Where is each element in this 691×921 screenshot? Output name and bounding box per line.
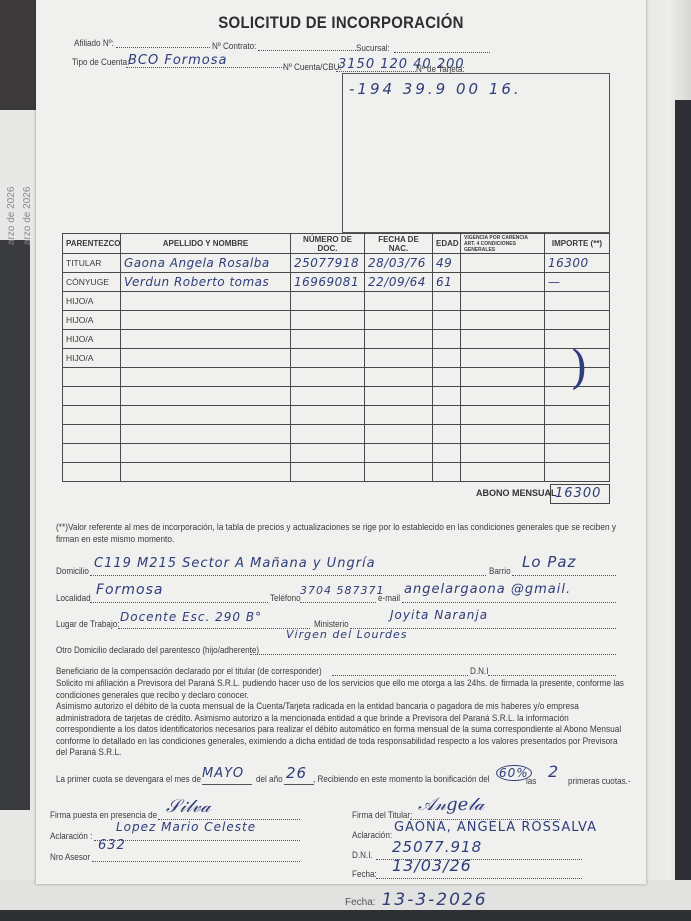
fecha-value: 13/03/26 — [392, 856, 472, 875]
beneficiario-label: Beneficiario de la compensación declarad… — [56, 666, 322, 676]
cell-importe[interactable]: 16300 — [545, 254, 610, 273]
cell-vigencia[interactable] — [461, 330, 545, 349]
importe-value: — — [548, 275, 561, 289]
sucursal-field[interactable] — [394, 52, 490, 53]
table-row: HIJO/A — [63, 311, 610, 330]
barrio-field[interactable] — [512, 575, 616, 576]
beneficiario-field[interactable] — [332, 675, 468, 676]
cell-edad[interactable]: 61 — [433, 273, 461, 292]
cell-nombre[interactable] — [121, 406, 291, 425]
table-row — [63, 463, 610, 482]
cell-fecha-nac[interactable]: 22/09/64 — [365, 273, 433, 292]
cell-nombre[interactable] — [121, 349, 291, 368]
col-nombre: APELLIDO Y NOMBRE — [121, 234, 291, 254]
fecha-nac-value: 28/03/76 — [368, 256, 426, 270]
dni-label: D.N.I. — [352, 850, 373, 860]
cell-vigencia[interactable] — [461, 444, 545, 463]
anio-label: del año — [256, 774, 283, 784]
asesor-label: Nro Asesor — [50, 852, 90, 862]
fecha-value: 13-3-2026 — [382, 890, 488, 910]
cell-fecha-nac[interactable] — [365, 330, 433, 349]
domicilio-value: C119 M215 Sector A Mañana y Ungría — [94, 556, 376, 571]
afiliacion-paragraph: Solicito mi afiliación a Previsora del P… — [56, 678, 626, 701]
cell-doc[interactable] — [291, 463, 365, 482]
footnote: (**)Valor referente al mes de incorporac… — [56, 522, 626, 545]
cell-parentezco: HIJO/A — [63, 349, 121, 368]
cell-fecha-nac[interactable] — [365, 463, 433, 482]
otro-domicilio-label: Otro Domicilio declarado del parentesco … — [56, 645, 259, 655]
titular-label: Firma del Titular: — [352, 810, 412, 820]
doc-value: 16969081 — [294, 275, 359, 289]
beneficiario-dni-field[interactable] — [488, 675, 616, 676]
cell-importe[interactable] — [545, 292, 610, 311]
cell-edad[interactable] — [433, 368, 461, 387]
cell-nombre[interactable] — [121, 311, 291, 330]
cell-parentezco — [63, 368, 121, 387]
cell-importe[interactable] — [545, 425, 610, 444]
table-row — [63, 368, 610, 387]
cell-fecha-nac[interactable] — [365, 349, 433, 368]
col-parentezco: PARENTEZCO — [63, 234, 121, 254]
cell-vigencia[interactable] — [461, 425, 545, 444]
cell-vigencia[interactable] — [461, 406, 545, 425]
afiliado-label: Afiliado Nº: — [74, 38, 114, 48]
cuotas-value: 2 — [548, 762, 559, 781]
aclaracion-left-label: Aclaración : — [50, 831, 92, 841]
primeras-cuotas-label: primeras cuotas.- — [568, 776, 631, 786]
cell-edad[interactable] — [433, 406, 461, 425]
col-importe: IMPORTE (**) — [545, 234, 610, 254]
cell-nombre[interactable] — [121, 330, 291, 349]
col-doc: NÚMERO DE DOC. — [291, 234, 365, 254]
cuenta-cbu-label: Nº Cuenta/CBU: — [283, 62, 342, 72]
barrio-value: Lo Paz — [522, 553, 576, 571]
cell-importe[interactable] — [545, 406, 610, 425]
beneficiario-dni-label: D.N.I — [470, 666, 488, 676]
contrato-label: Nº Contrato: — [212, 41, 256, 51]
nombre-value: Gaona Angela Rosalba — [124, 256, 270, 270]
cell-nombre[interactable] — [121, 444, 291, 463]
otro-domicilio-field[interactable] — [250, 654, 616, 655]
cell-nombre[interactable] — [121, 368, 291, 387]
domicilio-label: Domicilio — [56, 566, 89, 576]
cell-doc[interactable] — [291, 311, 365, 330]
stamp-line: arzo de 2026 — [20, 175, 36, 245]
trabajo-field[interactable] — [118, 628, 310, 629]
cell-fecha-nac[interactable]: 28/03/76 — [365, 254, 433, 273]
presencia-label: Firma puesta en presencia de — [50, 810, 157, 820]
primer-cuota-label: La primer cuota se devengara el mes de — [56, 774, 201, 784]
cell-importe[interactable] — [545, 444, 610, 463]
telefono-value: 3704 587371 — [300, 584, 384, 597]
cell-fecha-nac[interactable] — [365, 425, 433, 444]
trabajo-value: Docente Esc. 290 B° — [120, 610, 262, 624]
abono-field[interactable]: 16300 — [550, 484, 610, 504]
localidad-label: Localidad — [56, 593, 91, 603]
dni-value: 25077.918 — [392, 838, 482, 856]
table-row: CÓNYUGEVerdun Roberto tomas1696908122/09… — [63, 273, 610, 292]
col-fecha-nac: FECHA DE NAC. — [365, 234, 433, 254]
cell-fecha-nac[interactable] — [365, 368, 433, 387]
cell-doc[interactable] — [291, 330, 365, 349]
cell-parentezco: CÓNYUGE — [63, 273, 121, 292]
cell-doc[interactable]: 16969081 — [291, 273, 365, 292]
cell-vigencia[interactable] — [461, 292, 545, 311]
background-desk — [0, 0, 38, 110]
edad-value: 49 — [436, 256, 452, 270]
abono-value: 16300 — [555, 486, 601, 501]
sucursal-label: Sucursal: — [356, 43, 390, 53]
cell-nombre[interactable] — [121, 463, 291, 482]
cell-importe[interactable] — [545, 311, 610, 330]
ministerio-value-2: Virgen del Lourdes — [286, 628, 407, 641]
localidad-value: Formosa — [96, 582, 163, 598]
cell-edad[interactable] — [433, 330, 461, 349]
handwritten-bracket: ) — [570, 340, 588, 394]
cell-fecha-nac[interactable] — [365, 444, 433, 463]
cell-nombre[interactable] — [121, 292, 291, 311]
page-title: SOLICITUD DE INCORPORACIÓN — [73, 13, 610, 33]
cell-edad[interactable] — [433, 463, 461, 482]
doc-value: 25077918 — [294, 256, 359, 270]
fecha-field[interactable] — [376, 878, 582, 879]
ministerio-value: Joyita Naranja — [390, 608, 488, 622]
aclaracion-right-value: GAONA, ANGELA ROSSALVA — [394, 820, 597, 835]
cell-parentezco — [63, 406, 121, 425]
cell-importe[interactable] — [545, 463, 610, 482]
cell-vigencia[interactable] — [461, 349, 545, 368]
tipo-cuenta-label: Tipo de Cuenta: — [72, 57, 129, 67]
table-row: TITULARGaona Angela Rosalba2507791828/03… — [63, 254, 610, 273]
table-row — [63, 406, 610, 425]
cell-parentezco: HIJO/A — [63, 292, 121, 311]
anio-field[interactable] — [284, 784, 314, 785]
cell-fecha-nac[interactable] — [365, 311, 433, 330]
cell-nombre[interactable]: Gaona Angela Rosalba — [121, 254, 291, 273]
contrato-field[interactable] — [258, 50, 356, 51]
table-row: HIJO/A — [63, 349, 610, 368]
col-edad: EDAD — [433, 234, 461, 254]
cell-edad[interactable] — [433, 292, 461, 311]
tarjeta-value: -194 39.9 00 16. — [349, 80, 522, 98]
cell-nombre[interactable] — [121, 387, 291, 406]
background-desk — [0, 910, 691, 921]
cell-edad[interactable] — [433, 311, 461, 330]
email-value: angelargaona @gmail. — [404, 582, 571, 597]
email-field[interactable] — [402, 602, 616, 603]
importe-value: 16300 — [548, 256, 589, 270]
cell-edad[interactable] — [433, 387, 461, 406]
cell-parentezco: HIJO/A — [63, 311, 121, 330]
table-row: HIJO/A — [63, 292, 610, 311]
fecha-label: Fecha: — [345, 897, 376, 908]
cell-parentezco — [63, 387, 121, 406]
presencia-signature: 𝒮𝒾𝓁𝓋𝒶 — [166, 796, 210, 817]
fecha-label: Fecha: — [352, 869, 377, 879]
titular-signature: 𝒜𝓃𝑔𝑒𝓁𝒶 — [418, 794, 484, 815]
cell-edad[interactable] — [433, 425, 461, 444]
cell-parentezco: HIJO/A — [63, 330, 121, 349]
cell-parentezco — [63, 425, 121, 444]
telefono-field[interactable] — [300, 602, 376, 603]
cell-vigencia[interactable] — [461, 311, 545, 330]
abono-label: ABONO MENSUAL — [476, 488, 557, 498]
cell-doc[interactable] — [291, 292, 365, 311]
table-header-row: PARENTEZCO APELLIDO Y NOMBRE NÚMERO DE D… — [63, 234, 610, 254]
table-row — [63, 444, 610, 463]
asesor-field[interactable] — [92, 861, 300, 862]
members-table: PARENTEZCO APELLIDO Y NOMBRE NÚMERO DE D… — [62, 233, 610, 482]
mes-value: MAYO — [202, 766, 244, 781]
cell-fecha-nac[interactable] — [365, 406, 433, 425]
table-row: HIJO/A — [63, 330, 610, 349]
cell-doc[interactable] — [291, 368, 365, 387]
bottom-sheet-fecha: Fecha:13-3-2026 — [345, 890, 488, 910]
las-label: las — [526, 776, 536, 786]
fecha-nac-value: 22/09/64 — [368, 275, 426, 289]
cell-edad[interactable] — [433, 444, 461, 463]
trabajo-label: Lugar de Trabajo: — [56, 619, 120, 629]
cell-fecha-nac[interactable] — [365, 387, 433, 406]
cell-doc[interactable] — [291, 444, 365, 463]
afiliado-field[interactable] — [116, 47, 210, 48]
cell-edad[interactable]: 49 — [433, 254, 461, 273]
cell-edad[interactable] — [433, 349, 461, 368]
vigencia-subtitle: ART. 4 CONDICIONES GENERALES — [464, 241, 541, 253]
domicilio-field[interactable] — [90, 575, 486, 576]
tarjeta-box[interactable]: -194 39.9 00 16. — [342, 73, 610, 233]
cell-doc[interactable]: 25077918 — [291, 254, 365, 273]
bonificacion-label: , Recibiendo en este momento la bonifica… — [313, 774, 490, 784]
cell-importe[interactable]: — — [545, 273, 610, 292]
cell-vigencia[interactable] — [461, 387, 545, 406]
background-desk — [0, 240, 30, 810]
cell-nombre[interactable] — [121, 425, 291, 444]
form-page: SOLICITUD DE INCORPORACIÓN Afiliado Nº: … — [36, 0, 646, 884]
autorizacion-paragraph: Asimismo autorizo el débito de la cuota … — [56, 701, 626, 759]
table-row — [63, 425, 610, 444]
edad-value: 61 — [436, 275, 452, 289]
cell-doc[interactable] — [291, 349, 365, 368]
aclaracion-left-value: Lopez Mario Celeste — [116, 820, 256, 834]
cell-doc[interactable] — [291, 406, 365, 425]
cell-vigencia[interactable] — [461, 368, 545, 387]
email-label: e-mail — [378, 593, 400, 603]
nombre-value: Verdun Roberto tomas — [124, 275, 269, 289]
table-row — [63, 387, 610, 406]
tipo-cuenta-value: BCO Formosa — [128, 53, 228, 68]
col-vigencia: VIGENCIA POR CARENCIA ART. 4 CONDICIONES… — [461, 234, 545, 254]
cell-vigencia[interactable] — [461, 463, 545, 482]
cell-parentezco — [63, 444, 121, 463]
cell-vigencia[interactable] — [461, 254, 545, 273]
cell-nombre[interactable]: Verdun Roberto tomas — [121, 273, 291, 292]
barrio-label: Barrio — [489, 566, 511, 576]
aclaracion-right-label: Aclaración: — [352, 830, 392, 840]
cell-fecha-nac[interactable] — [365, 292, 433, 311]
cell-doc[interactable] — [291, 425, 365, 444]
asesor-value: 632 — [98, 838, 126, 853]
localidad-field[interactable] — [90, 602, 268, 603]
cell-vigencia[interactable] — [461, 273, 545, 292]
stamp-line: arzo de 2026 — [4, 175, 20, 245]
cell-parentezco: TITULAR — [63, 254, 121, 273]
cell-parentezco — [63, 463, 121, 482]
mes-field[interactable] — [202, 784, 252, 785]
background-desk — [675, 100, 691, 910]
anio-value: 26 — [286, 764, 307, 782]
cell-doc[interactable] — [291, 387, 365, 406]
telefono-label: Teléfono — [270, 593, 301, 603]
